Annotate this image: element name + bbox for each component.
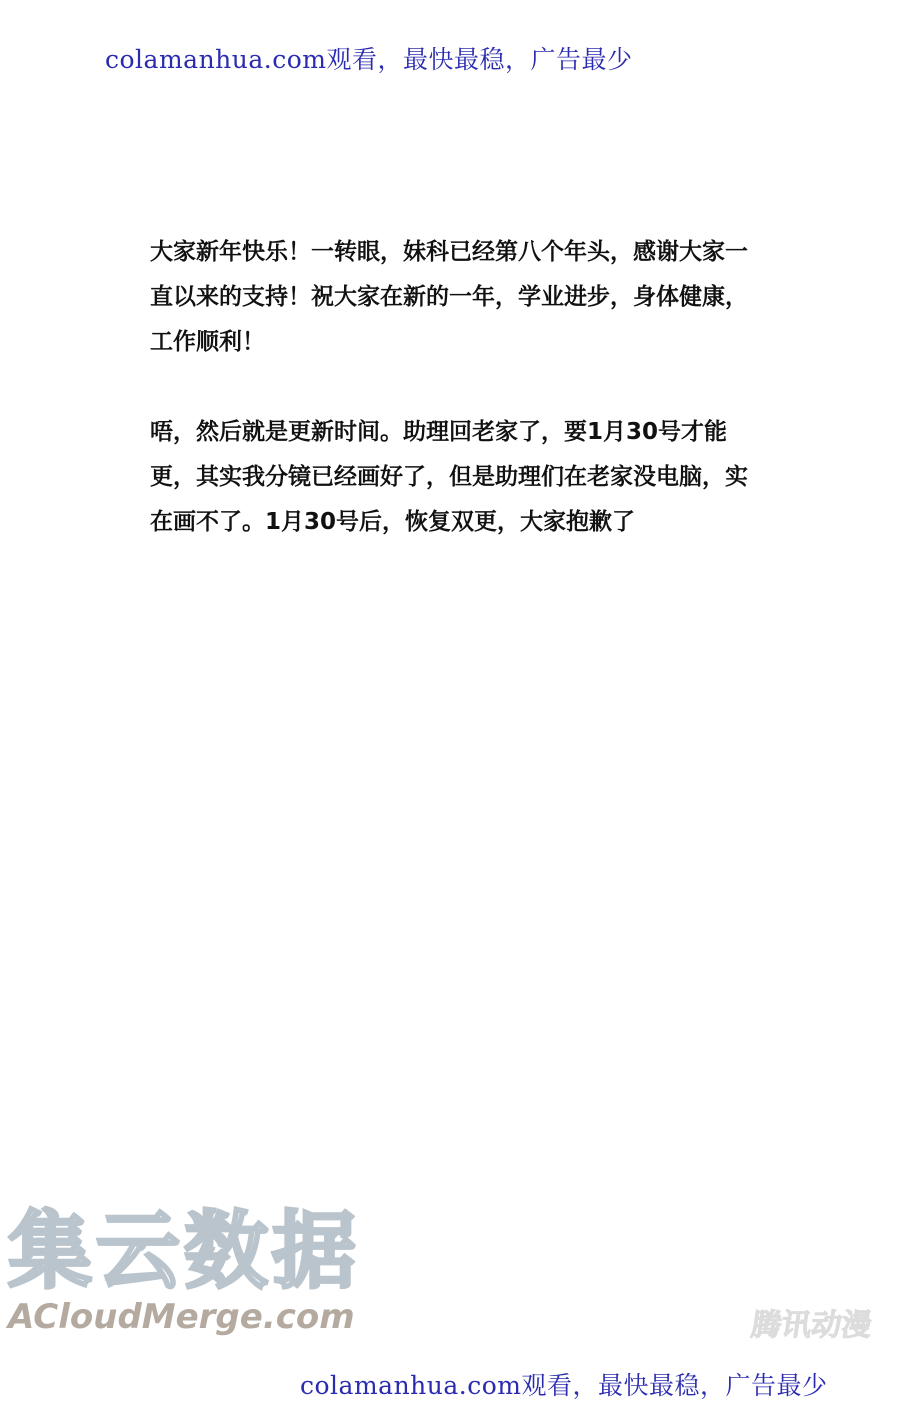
author-notice: 大家新年快乐！一转眼，妹科已经第八个年头，感谢大家一直以来的支持！祝大家在新的一… (150, 230, 765, 545)
acloudmerge-logo-cn: 集云数据 (8, 1205, 360, 1297)
acloudmerge-logo: 集云数据 ACloudMerge.com (8, 1205, 388, 1335)
watermark-bottom: colamanhua.com观看，最快最稳，广告最少 (300, 1366, 827, 1402)
tencent-comics-logo: 腾讯动漫 (749, 1300, 875, 1344)
notice-paragraph-schedule: 唔，然后就是更新时间。助理回老家了，要1月30号才能更，其实我分镜已经画好了，但… (150, 410, 765, 545)
acloudmerge-logo-en: ACloudMerge.com (8, 1297, 355, 1337)
watermark-top: colamanhua.com观看，最快最稳，广告最少 (105, 40, 632, 76)
notice-paragraph-greeting: 大家新年快乐！一转眼，妹科已经第八个年头，感谢大家一直以来的支持！祝大家在新的一… (150, 230, 765, 365)
